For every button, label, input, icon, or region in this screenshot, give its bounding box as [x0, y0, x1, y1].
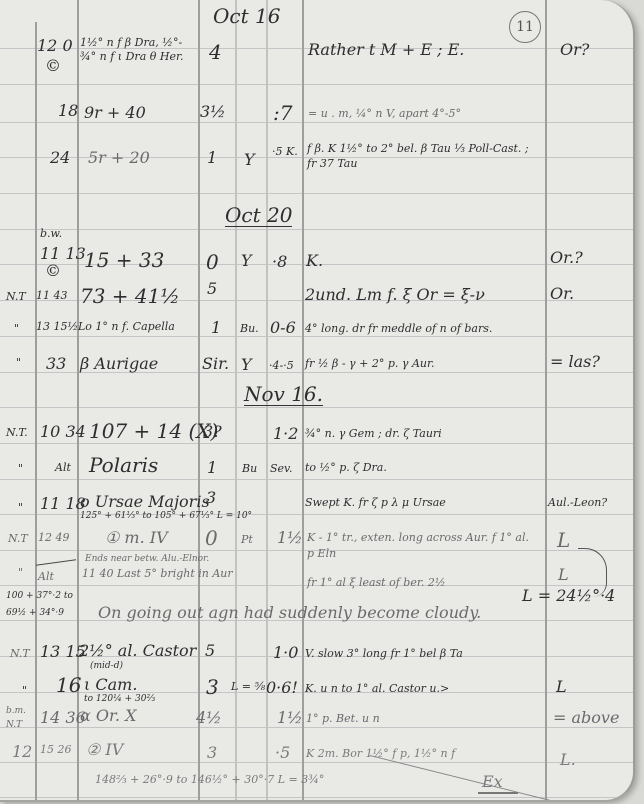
entry-position: 73 + 41½: [80, 286, 180, 306]
entry-prefix: ": [18, 463, 23, 474]
entry-time: 16: [56, 675, 81, 695]
entry-description: ¾° n. γ Gem ; dr. ζ Tauri: [305, 428, 442, 439]
entry-remark: L: [557, 530, 570, 550]
entry-position: β Aurigae: [80, 356, 158, 372]
entry-position: ② IV: [86, 742, 123, 758]
entry-position: 11 40 Last 5° bright in Aur: [82, 568, 233, 579]
entry-time: 13 15½: [36, 321, 78, 332]
page-number: 11: [509, 11, 541, 43]
entry-prefix: ": [22, 685, 27, 696]
entry-position: ι Cam.: [84, 677, 137, 693]
date-heading: Oct 16: [213, 6, 280, 26]
entry-magnitude: 1: [207, 150, 217, 166]
ruled-line: [0, 193, 633, 194]
entry-magnitude: 5: [207, 281, 217, 297]
entry-magnitude: Sir.: [202, 356, 229, 372]
entry-description: Swept K. fr ζ p λ μ Ursae: [305, 497, 446, 508]
entry-remark: = above: [553, 710, 619, 726]
entry-col6: 0-6: [270, 320, 296, 336]
entry-magnitude: 3: [207, 745, 217, 761]
entry-color: Y: [241, 253, 252, 269]
entry-bracket-note: 100 + 37°·2 to 69½ + 34°·9: [6, 588, 86, 622]
entry-time: 33: [46, 356, 66, 372]
entry-description: fr ½ β - γ + 2° p. γ Aur.: [305, 358, 435, 369]
entry-position: 107 + 14 (X): [89, 421, 218, 441]
entry-position: 15 + 33: [84, 250, 164, 270]
date-heading: Nov 16.: [244, 384, 323, 406]
ex-underline: [478, 792, 518, 794]
entry-description: fr 1° al ξ least of ber. 2½: [307, 577, 446, 588]
copyright-circle-symbol: ©: [45, 58, 61, 74]
entry-prefix: ": [18, 502, 23, 513]
entry-color: Y: [241, 357, 252, 373]
entry-color: Bu: [242, 463, 257, 474]
entry-position: 1½° n f β Dra, ½°-¾° n f ι Dra θ Her.: [80, 36, 195, 64]
entry-description: to ½° p. ζ Dra.: [305, 462, 387, 473]
entry-prefix: N.T.: [6, 427, 28, 438]
entry-magnitude: 0: [206, 252, 219, 272]
entry-remark: Or.: [550, 286, 574, 302]
entry-col6: 0·6!: [266, 680, 298, 696]
entry-color: Pt: [241, 534, 253, 545]
entry-col6: :7: [273, 103, 292, 123]
entry-magnitude: 3½: [200, 104, 226, 120]
entry-time: 12 49: [38, 532, 70, 543]
entry-magnitude: 1: [211, 320, 221, 336]
entry-time: 11 43: [36, 290, 68, 301]
entry-magnitude: 1: [207, 460, 217, 476]
entry-description: K.: [306, 253, 323, 269]
entry-prefix: b.w.: [40, 228, 62, 239]
entry-description: K. u n to 1° al. Castor u.>: [305, 683, 449, 694]
entry-sub-position: Ends near betw. Alu.-Elnor.: [85, 555, 209, 564]
entry-col6: ·8: [272, 254, 287, 270]
entry-col6: 1·2: [273, 426, 298, 442]
entry-description: 2und. Lm f. ξ Or = ξ-ν: [305, 287, 485, 303]
entry-color: Y: [244, 152, 255, 168]
entry-remark: Aul.-Leon?: [548, 497, 607, 508]
entry-magnitude: 4: [209, 42, 222, 62]
entry-sub-position: (mid-d): [90, 662, 123, 671]
entry-position: 5r + 20: [88, 150, 150, 166]
entry-prefix: N.T: [10, 648, 30, 659]
entry-col6: Sev.: [270, 463, 292, 474]
entry-col6: 1½: [277, 710, 303, 726]
entry-description: f β. K 1½° to 2° bel. β Tau ⅓ Poll-Cast.…: [307, 142, 537, 172]
entry-prefix: 12: [12, 744, 32, 760]
column-line: [35, 22, 37, 800]
entry-col6: ·5: [275, 745, 290, 761]
entry-time: Alt: [55, 462, 71, 473]
entry-col5: L = ⅝: [231, 681, 265, 692]
entry-remark: L: [556, 679, 567, 695]
entry-magnitude: 4½: [196, 710, 222, 726]
entry-description: 4° long. dr fr meddle of n of bars.: [305, 322, 535, 336]
entry-col6: 1½: [277, 530, 303, 546]
entry-time: 18: [58, 103, 78, 119]
entry-prefix: ": [18, 567, 23, 578]
entry-position: Polaris: [89, 455, 158, 475]
ruled-line: [0, 407, 633, 408]
entry-remark: Or.?: [550, 250, 583, 266]
ruled-line: [0, 122, 633, 123]
entry-position: o Ursae Majoris: [80, 494, 210, 510]
entry-position: ① m. IV: [105, 530, 168, 546]
entry-remark: = las?: [550, 354, 600, 370]
entry-note: On going out agn had suddenly become clo…: [98, 605, 481, 621]
ruled-line: [0, 443, 633, 444]
bracket-line: [36, 559, 76, 566]
entry-col6: 1·0: [273, 645, 298, 661]
ruled-line: [0, 762, 633, 763]
entry-position: Lo 1° n f. Capella: [78, 321, 175, 332]
entry-position: 2½° al. Castor: [79, 643, 196, 659]
notebook-page: 11 Oct 16 12 0 © 1½° n f β Dra, ½°-¾° n …: [0, 0, 635, 802]
entry-sub-position: 125° + 61⅓° to 105° + 67⅓° L = 10°: [80, 512, 252, 521]
entry-prefix: ": [16, 357, 21, 368]
entry-sub-position: 148⅔ + 26°·9 to 146½° + 30°·7 L = 3¾°: [95, 774, 324, 785]
entry-remark: L.: [560, 752, 576, 768]
copyright-circle-symbol: ©: [45, 263, 61, 279]
entry-time: 10 34: [40, 424, 86, 440]
date-heading: Oct 20: [225, 205, 292, 227]
entry-description: Rather t M + E ; E.: [308, 42, 464, 58]
entry-prefix: b.m. N.T: [6, 705, 36, 732]
entry-magnitude: 0: [205, 528, 218, 548]
entry-position: 9r + 40: [84, 105, 146, 121]
entry-col6: ·5 K.: [272, 146, 298, 157]
ruled-line: [0, 479, 633, 480]
entry-col6: ·4-·5: [269, 360, 294, 371]
entry-remark: Or?: [560, 42, 589, 58]
ruled-line: [0, 727, 633, 728]
entry-magnitude: 3: [206, 490, 216, 506]
ruled-line: [0, 229, 633, 230]
ruled-line: [0, 84, 633, 85]
entry-time: 11 13: [40, 246, 86, 262]
entry-time: 14 36: [40, 710, 86, 726]
entry-description: K - 1° tr., exten. long across Aur. f 1°…: [307, 530, 532, 562]
entry-position: α Or. X: [80, 708, 136, 724]
column-line: [545, 0, 547, 800]
entry-time: 24: [50, 150, 70, 166]
entry-magnitude: 3: [206, 677, 219, 697]
entry-remark: L: [558, 567, 569, 583]
entry-magnitude: 3?: [203, 424, 222, 440]
curved-arrow: [578, 548, 607, 597]
entry-description: V. slow 3° long fr 1° bel β Ta: [305, 648, 463, 659]
entry-color: Bu.: [240, 323, 259, 334]
entry-time: 12 0: [37, 38, 73, 54]
entry-description: = u . m, ¼° n V, apart 4°-5°: [308, 108, 461, 119]
entry-time: 15 26: [40, 744, 72, 755]
entry-description: 1° p. Bet. u n: [306, 713, 380, 724]
entry-time: Alt: [38, 571, 54, 582]
ex-mark: Ex: [482, 774, 503, 790]
entry-magnitude: 5: [205, 643, 215, 659]
entry-prefix: ": [14, 323, 19, 334]
entry-sub-position: to 120¼ + 30⅔: [84, 695, 155, 704]
entry-prefix: N.T: [6, 291, 26, 302]
entry-time: 11 18: [40, 496, 86, 512]
entry-prefix: N.T: [8, 533, 28, 544]
